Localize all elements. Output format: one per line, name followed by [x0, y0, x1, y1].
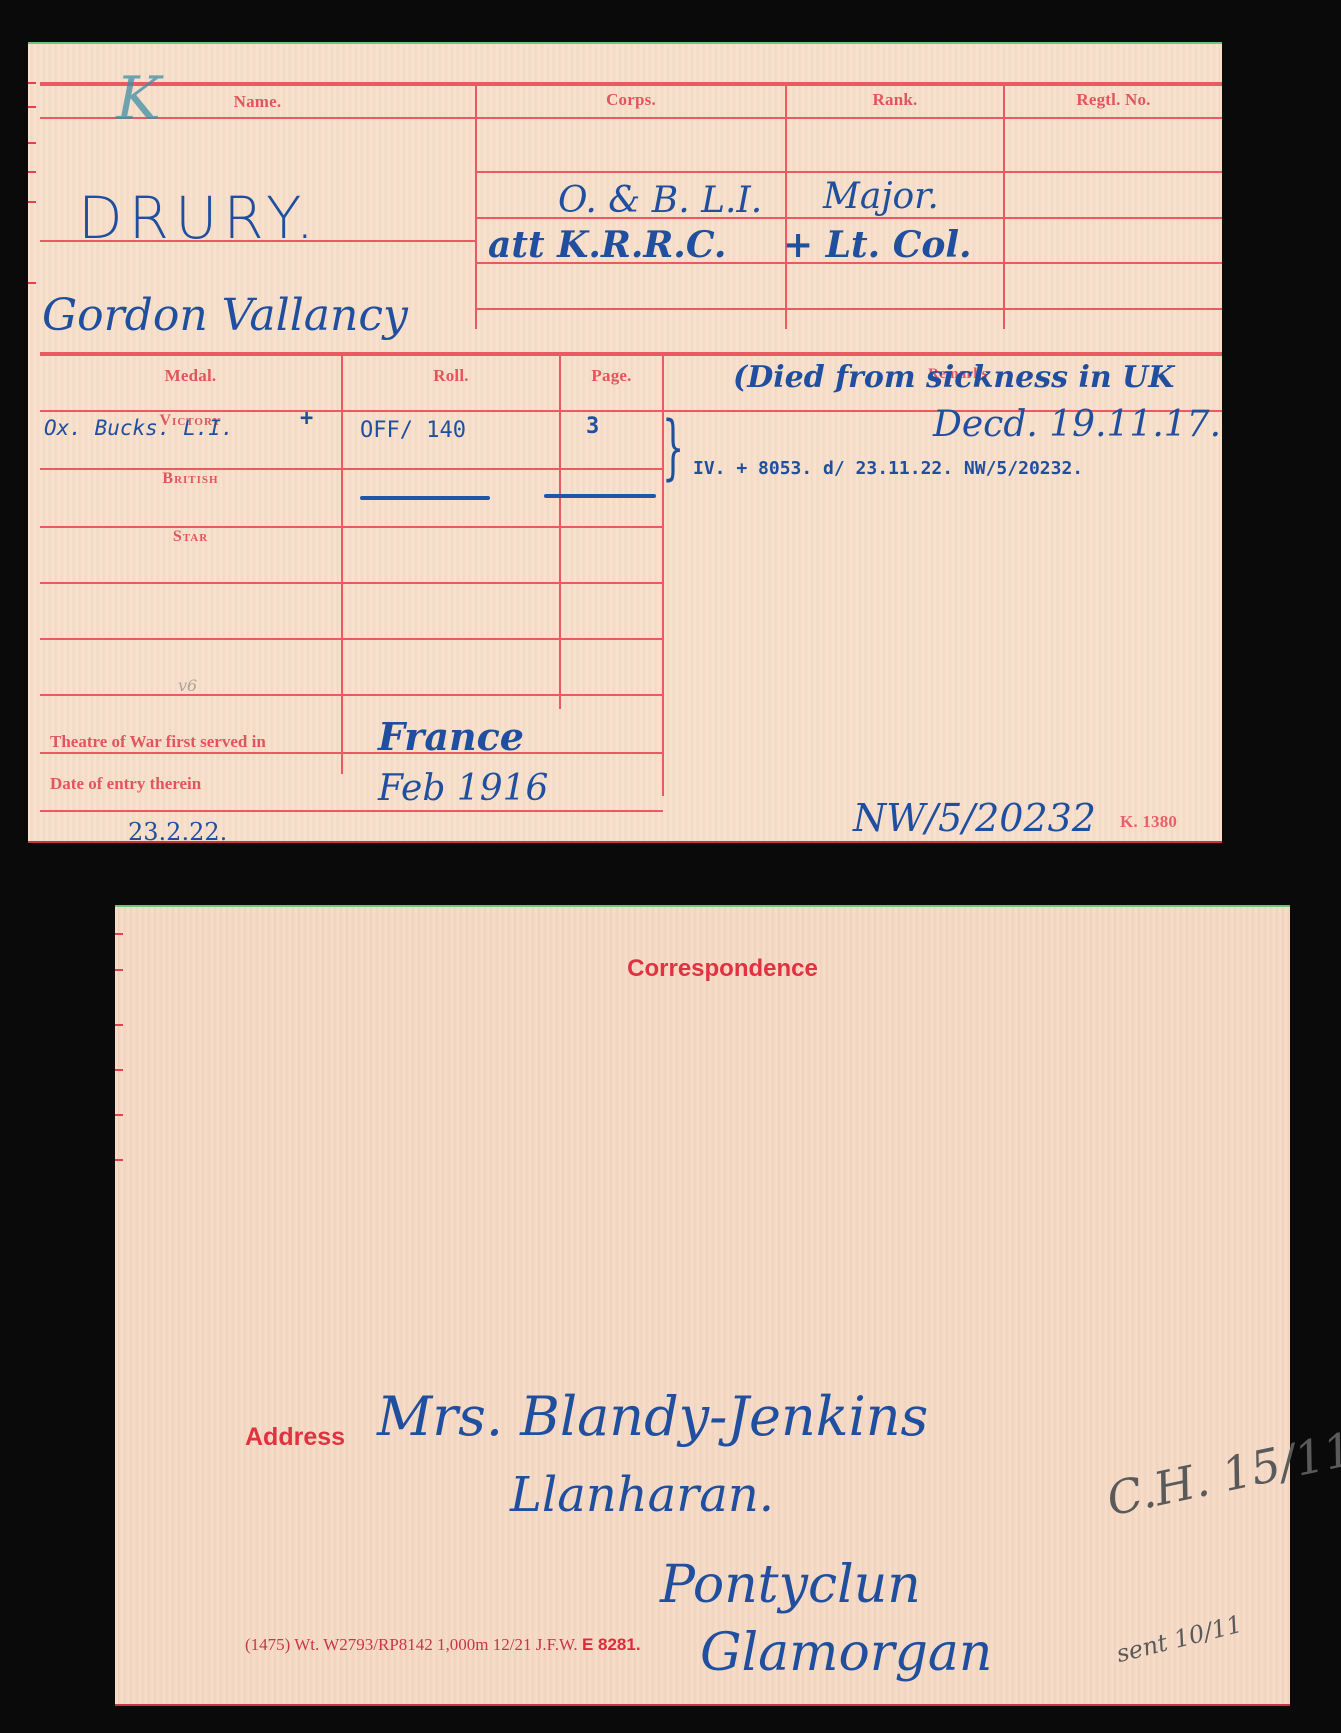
surname: DRURY. — [78, 184, 320, 252]
edge-tick — [28, 106, 36, 108]
reference-number: NW/5/20232 — [853, 796, 1096, 840]
edge-tick — [115, 1024, 123, 1026]
medal-label-british: British — [40, 470, 341, 488]
header-rule — [40, 117, 1222, 119]
medal-rule-8 — [40, 810, 663, 812]
imprint-text: (1475) Wt. W2793/RP8142 1,000m 12/21 J.F… — [245, 1635, 578, 1654]
edge-tick — [28, 201, 36, 203]
edge-tick — [28, 171, 36, 173]
medal-rule-4 — [40, 582, 663, 584]
pencil-mark: v6 — [178, 676, 197, 695]
right-rule-1 — [477, 171, 1222, 173]
card-code: K. 1380 — [1120, 812, 1220, 832]
rank-regtl-divider — [1003, 84, 1005, 329]
medal-index-card-front: Name. Corps. Rank. Regtl. No. K DRURY. G… — [28, 42, 1222, 843]
address-label: Address — [245, 1423, 345, 1452]
header-rank: Rank. — [787, 90, 1003, 110]
edge-tick — [115, 933, 123, 935]
address-line-1: Mrs. Blandy-Jenkins — [377, 1385, 928, 1448]
edge-tick — [115, 1114, 123, 1116]
header-corps: Corps. — [477, 90, 785, 110]
rank-line-2: + Lt. Col. — [783, 224, 972, 266]
remarks-line-2: Decd. 19.11.17. — [933, 404, 1221, 445]
medal-index-card-back: Correspondence Address Mrs. Blandy-Jenki… — [115, 905, 1290, 1706]
entry-date-label: Date of entry therein — [50, 774, 201, 794]
theatre-label: Theatre of War first served in — [50, 732, 266, 752]
medal-rule-5 — [40, 638, 663, 640]
pencil-note: sent 10/11 — [1114, 1610, 1245, 1668]
medal-roll-divider — [341, 354, 343, 774]
roll-page-divider — [559, 354, 561, 709]
edge-tick — [28, 82, 36, 84]
entry-date-value: Feb 1916 — [378, 768, 548, 809]
edge-tick — [115, 1069, 123, 1071]
corps-rank-divider — [785, 84, 787, 329]
edge-tick — [28, 282, 36, 284]
correspondence-title: Correspondence — [115, 955, 1310, 983]
address-line-4: Glamorgan — [700, 1623, 992, 1683]
medal-rule-6 — [40, 694, 663, 696]
header-regtl-no: Regtl. No. — [1005, 90, 1222, 110]
header-page: Page. — [561, 366, 662, 386]
header-name: Name. — [40, 92, 475, 112]
corps-line-2: att K.R.R.C. — [488, 224, 726, 266]
rank-line-1: Major. — [823, 176, 939, 217]
victory-page: 3 — [586, 414, 599, 439]
footer-date: 23.2.22. — [128, 818, 227, 846]
imprint-code: E 8281. — [582, 1635, 641, 1654]
remarks-bracket: } — [662, 406, 684, 488]
edge-tick — [115, 1159, 123, 1161]
address-line-2: Llanharan. — [510, 1467, 774, 1523]
victory-mark: + — [300, 406, 313, 431]
medal-label-star: Star — [40, 528, 341, 546]
corps-line-1: O. & B. L.I. — [558, 180, 762, 221]
right-rule-4 — [477, 308, 1222, 310]
medal-top-rule — [40, 352, 1222, 356]
remarks-line-1: (Died from sickness in UK — [733, 360, 1174, 395]
header-roll: Roll. — [343, 366, 559, 386]
edge-tick — [28, 142, 36, 144]
header-medal: Medal. — [40, 366, 341, 386]
pencil-initials: C.H. 15/11 — [1102, 1422, 1341, 1527]
british-roll-ditto — [360, 496, 490, 500]
british-page-ditto — [544, 494, 656, 498]
medal-rule-7 — [40, 752, 663, 754]
printer-imprint: (1475) Wt. W2793/RP8142 1,000m 12/21 J.F… — [245, 1635, 641, 1655]
name-corps-divider — [475, 84, 477, 329]
theatre-value: France — [378, 714, 524, 759]
check-mark: K — [116, 64, 161, 134]
forenames: Gordon Vallancy — [42, 290, 408, 341]
medal-annotation: Ox. Bucks. L.I. — [44, 416, 234, 440]
address-line-3: Pontyclun — [660, 1555, 921, 1615]
remarks-line-3: IV. + 8053. d/ 23.11.22. NW/5/20232. — [693, 458, 1083, 479]
victory-roll: OFF/ 140 — [360, 418, 466, 443]
top-rule — [40, 82, 1222, 86]
